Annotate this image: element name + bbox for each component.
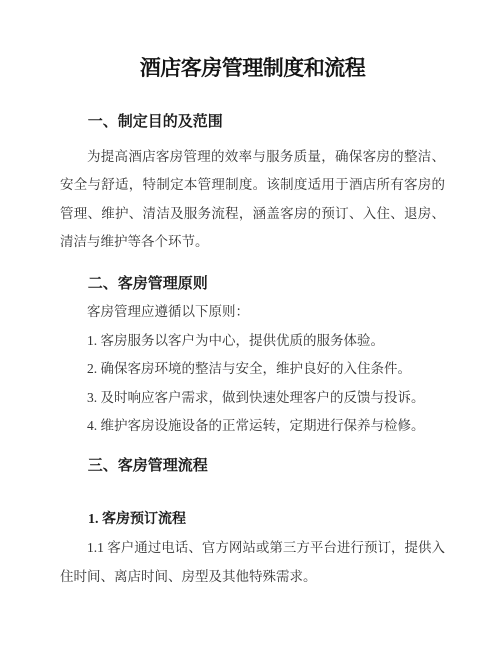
principle-item-2: 2. 确保客房环境的整洁与安全，维护良好的入住条件。	[60, 355, 445, 384]
principle-item-3: 3. 及时响应客户需求，做到快速处理客户的反馈与投诉。	[60, 384, 445, 413]
section1-paragraph: 为提高酒店客房管理的效率与服务质量，确保客房的整洁、安全与舒适，特制定本管理制度…	[60, 143, 445, 257]
subsection-heading-booking-process: 1. 客房预订流程	[60, 506, 445, 535]
subsection-booking-paragraph: 1.1 客户通过电话、官方网站或第三方平台进行预订，提供入住时间、离店时间、房型…	[60, 534, 445, 591]
section-heading-management-process: 三、客房管理流程	[60, 452, 445, 481]
section-heading-purpose-scope: 一、制定目的及范围	[60, 108, 445, 137]
section-heading-management-principles: 二、客房管理原则	[60, 270, 445, 299]
document-title: 酒店客房管理制度和流程	[60, 54, 445, 84]
document-page: 酒店客房管理制度和流程 一、制定目的及范围 为提高酒店客房管理的效率与服务质量，…	[0, 0, 500, 647]
section2-intro-line: 客房管理应遵循以下原则：	[60, 298, 445, 327]
principle-item-4: 4. 维护客房设施设备的正常运转，定期进行保养与检修。	[60, 412, 445, 441]
principle-item-1: 1. 客房服务以客户为中心，提供优质的服务体验。	[60, 327, 445, 356]
